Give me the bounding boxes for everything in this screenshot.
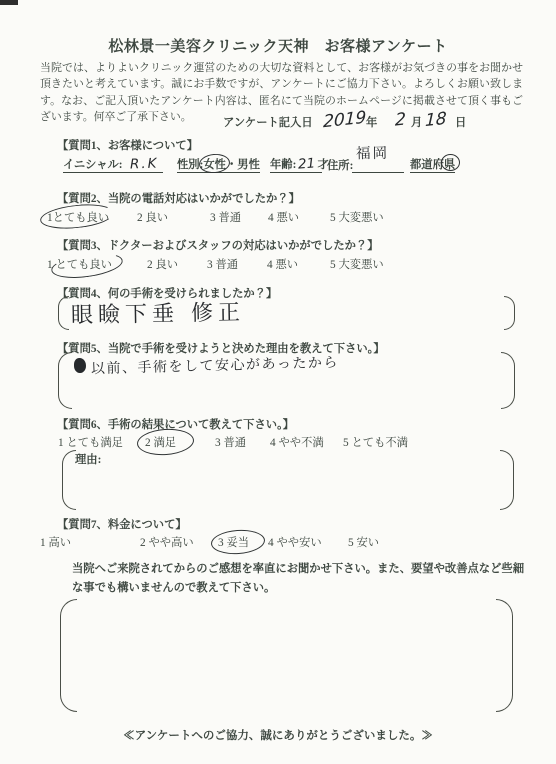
q3-option-3: 3 普通 xyxy=(207,256,238,272)
q3-option-1-selected: 1 とても良い xyxy=(47,256,112,272)
q2-option-3: 3 普通 xyxy=(210,209,241,225)
scan-artifact-mark xyxy=(0,0,18,5)
date-day-handwritten: 18 xyxy=(425,109,447,131)
q3-heading: 【質問3、ドクターおよびスタッフの対応はいかがでしたか？】 xyxy=(57,237,379,253)
q7-heading: 【質問7、料金について】 xyxy=(57,516,187,532)
age-label: 年齢: xyxy=(270,159,296,171)
address-label: 住所: xyxy=(327,157,353,173)
address-blank-field: 福岡 xyxy=(352,157,404,173)
q6-option-4: 4 やや不満 xyxy=(270,434,324,450)
q3-option-4: 4 悪い xyxy=(267,256,298,272)
q5-answer-box: 以前、手術をして安心があったから xyxy=(58,352,515,409)
q2-options-row: 1とても良い 2 良い 3 普通 4 悪い 5 大変悪い xyxy=(0,209,556,229)
scanned-survey-form: 松林景一美容クリニック天神 お客様アンケート 当院では、よりよいクリニック運営の… xyxy=(0,0,556,764)
q6-option-2-selected: 2 満足 xyxy=(145,434,176,450)
q6-option-1: 1 とても満足 xyxy=(58,434,123,450)
q4-answer-box: 眼瞼下垂 修正 xyxy=(58,296,515,330)
initials-handwritten: R.K xyxy=(129,156,158,173)
q7-option-4: 4 やや安い xyxy=(268,534,322,550)
q2-heading: 【質問2、当院の電話対応はいかがでしたか？】 xyxy=(57,190,300,206)
prefecture-option-ken: 県 xyxy=(444,156,455,172)
q1-heading: 【質問1、お客様について】 xyxy=(57,137,198,153)
age-field: 年齢:21才 xyxy=(270,156,322,173)
initials-label: イニシャル: xyxy=(63,159,123,171)
date-month-handwritten: 2 xyxy=(395,109,406,130)
q3-options-row: 1 とても良い 2 良い 3 普通 4 悪い 5 大変悪い xyxy=(0,256,556,276)
gender-label: 性別: xyxy=(177,159,203,171)
prefecture-suffix: 都道府県 xyxy=(410,156,455,173)
q7-options-row: 1 高い 2 やや高い 3 妥当 4 やや安い 5 安い xyxy=(0,534,556,554)
survey-date-row: アンケート記入日 2019 年 2 月 18 日 xyxy=(0,110,556,138)
date-day-unit: 日 xyxy=(455,114,466,130)
q5-answer-handwritten: 以前、手術をして安心があったから xyxy=(91,352,339,378)
date-month-unit: 月 xyxy=(411,114,422,130)
q4-answer-handwritten: 眼瞼下垂 修正 xyxy=(71,295,246,329)
q3-option-2: 2 良い xyxy=(147,256,178,272)
initials-field: イニシャル:R.K xyxy=(63,156,163,173)
q2-option-4: 4 悪い xyxy=(268,209,299,225)
q7-option-2: 2 やや高い xyxy=(140,534,194,550)
date-year-unit: 年 xyxy=(366,114,377,130)
address-handwritten: 福岡 xyxy=(356,142,389,164)
feedback-prompt: 当院へご来院されてからのご感想を率直にお聞かせ下さい。また、要望や改善点など些細… xyxy=(72,560,524,598)
gender-option-female: 女性 xyxy=(203,156,226,172)
form-title: 松林景一美容クリニック天神 お客様アンケート xyxy=(0,35,556,56)
ink-scribble-mark xyxy=(74,358,86,373)
gender-separator: ・ xyxy=(226,159,237,171)
q7-option-5: 5 安い xyxy=(348,534,379,550)
q2-option-5: 5 大変悪い xyxy=(330,209,384,225)
q7-option-1: 1 高い xyxy=(40,534,71,550)
feedback-answer-box xyxy=(60,599,513,712)
prefecture-suffix-text: 都道府 xyxy=(410,159,444,171)
q6-option-3: 3 普通 xyxy=(215,434,246,450)
thanks-message: ≪アンケートへのご協力、誠にありがとうございました。≫ xyxy=(0,727,556,743)
age-handwritten: 21 xyxy=(298,155,316,172)
q6-option-5: 5 とても不満 xyxy=(343,434,408,450)
q2-option-1-selected: 1とても良い xyxy=(47,209,109,225)
date-year-handwritten: 2019 xyxy=(323,108,367,133)
gender-field: 性別:女性・男性 xyxy=(177,156,260,173)
reason-label: 理由: xyxy=(75,451,101,467)
date-label: アンケート記入日 xyxy=(223,114,313,130)
q6-heading: 【質問6、手術の結果について教えて下さい。】 xyxy=(57,416,294,432)
q1-fields-row: イニシャル:R.K 性別:女性・男性 年齢:21才 住所: 福岡 都道府県 xyxy=(0,153,556,175)
gender-option-male: 男性 xyxy=(237,159,260,171)
q3-option-5: 5 大変悪い xyxy=(330,256,384,272)
q2-option-2: 2 良い xyxy=(137,209,168,225)
q6-reason-box: 理由: xyxy=(62,450,514,510)
q7-option-3-selected: 3 妥当 xyxy=(218,534,249,550)
